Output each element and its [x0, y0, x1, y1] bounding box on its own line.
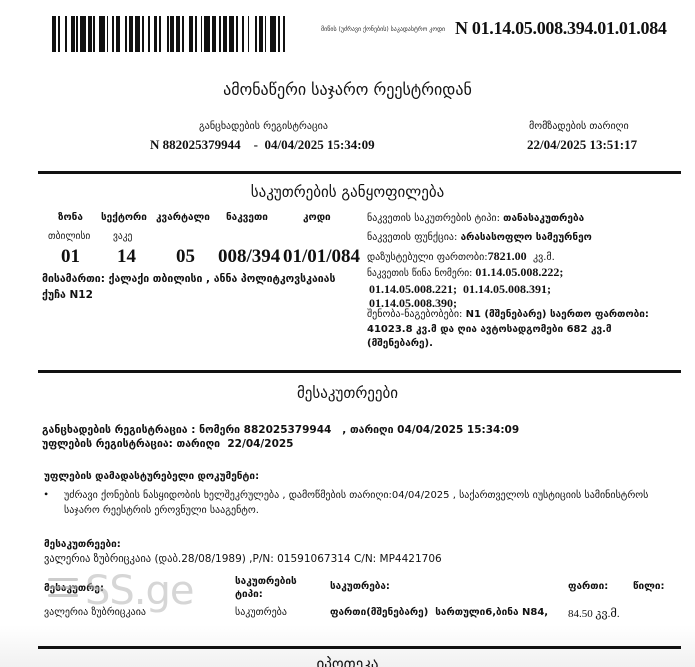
sector-value: 14 [117, 246, 136, 268]
divider [38, 171, 681, 174]
ownership-type-value: თანასაკუთრება [503, 213, 584, 224]
barcode [52, 16, 290, 52]
table-header-ownership-type: საკუთრების ტიპი: [235, 575, 305, 601]
owners-application-line: განცხადების რეგისტრაცია : ნომერი 8820253… [42, 423, 519, 437]
parcel-value: 008/394 [218, 246, 280, 268]
row-area: 84.50 კვ.მ. [568, 607, 620, 620]
divider [38, 646, 681, 649]
divider [38, 370, 681, 373]
mortgage-section-title: იპოთეკა [0, 655, 695, 667]
column-parcel: ნაკვეთი [226, 212, 268, 223]
code-value: 01/01/084 [283, 246, 360, 268]
area-value: 7821.00 [488, 249, 527, 263]
prev-number-2: 01.14.05.008.221; [369, 282, 457, 296]
watermark-logo-icon [48, 578, 78, 602]
buildings-value-2: 41023.8 კვ.მ და ღია ავტოსადგომები 682 კვ… [367, 324, 612, 335]
table-header-share: წილი: [633, 581, 665, 592]
ownership-type-label: ნაკვეთის საკუთრების ტიპი: [367, 213, 500, 224]
owner-line: ვალერია ზუბრიცკაია (დაბ.28/08/1989) ,P/N… [44, 553, 442, 565]
quarter-value: 05 [176, 246, 195, 268]
application-label: განცხადების რეგისტრაცია [199, 121, 328, 132]
basis-document: უძრავი ქონების ნასყიდობის ხელშეკრულება ,… [64, 488, 654, 518]
previous-numbers: ნაკვეთის წინა ნომერი: 01.14.05.008.222; … [367, 265, 687, 311]
buildings: შენობა-ნაგებობები: N1 (მშენებარე) საერთო… [367, 308, 692, 352]
prev-number-label: ნაკვეთის წინა ნომერი: [367, 268, 472, 279]
zone-value: 01 [61, 246, 80, 268]
parcel-details: ნაკვეთის საკუთრების ტიპი: თანასაკუთრება … [367, 210, 687, 268]
column-quarter: კვარტალი [156, 212, 210, 223]
prepared-label: მომზადების თარიღი [529, 121, 629, 132]
cadastral-code: N 01.14.05.008.394.01.01.084 [455, 18, 667, 39]
column-sector: სექტორი [101, 212, 147, 223]
column-code: კოდი [303, 212, 331, 223]
address: მისამართი: ქალაქი თბილისი , ანნა პოლიტკო… [42, 271, 342, 303]
watermark: SS.ge [85, 568, 194, 614]
area-label: დაზუსტებული ფართობი: [367, 252, 488, 263]
property-section-title: საკუთრების განყოფილება [0, 183, 695, 201]
table-header-area: ფართი: [568, 581, 608, 592]
function-value: არასასოფლო სამეურნეო [461, 232, 592, 243]
prev-number-1: 01.14.05.008.222; [475, 265, 563, 279]
owners-label: მესაკუთრეები: [44, 539, 121, 550]
sector-name: ვაკე [113, 231, 132, 242]
row-property: ფართი(მშენებარე) სართული6,ბინა N84, [330, 607, 548, 618]
buildings-value-3: (მშენებარე). [367, 338, 433, 349]
function-label: ნაკვეთის ფუნქცია: [367, 232, 457, 243]
ownership-type-row: ნაკვეთის საკუთრების ტიპი: თანასაკუთრება [367, 210, 687, 229]
function-row: ნაკვეთის ფუნქცია: არასასოფლო სამეურნეო [367, 229, 687, 248]
row-ownership-type: საკუთრება [235, 607, 287, 618]
buildings-label: შენობა-ნაგებობები: [367, 309, 462, 320]
document-title: ამონაწერი საჯარო რეესტრიდან [0, 80, 695, 99]
owners-registration-info: განცხადების რეგისტრაცია : ნომერი 8820253… [42, 423, 519, 451]
bullet-icon: • [44, 487, 48, 502]
right-registration-line: უფლების რეგისტრაცია: თარიღი 22/04/2025 [42, 437, 519, 451]
prev-number-3: 01.14.05.008.391; [463, 282, 551, 296]
table-header-property: საკუთრება: [330, 581, 390, 592]
buildings-value-1: N1 (მშენებარე) საერთო ფართობი: [466, 309, 649, 320]
area-unit: კვ.მ. [533, 252, 555, 263]
application-value: N 882025379944 - 04/04/2025 15:34:09 [150, 137, 375, 153]
prepared-value: 22/04/2025 13:51:17 [527, 137, 637, 153]
zone-name: თბილისი [48, 231, 90, 242]
column-zone: ზონა [58, 212, 83, 223]
owners-section-title: მესაკუთრეები [0, 384, 695, 402]
address-label: მისამართი: [42, 273, 105, 285]
basis-label: უფლების დამადასტურებელი დოკუმენტი: [44, 471, 259, 482]
cadastral-code-caption: მიწის (უძრავი ქონების) საკადასტრო კოდი [321, 26, 445, 33]
